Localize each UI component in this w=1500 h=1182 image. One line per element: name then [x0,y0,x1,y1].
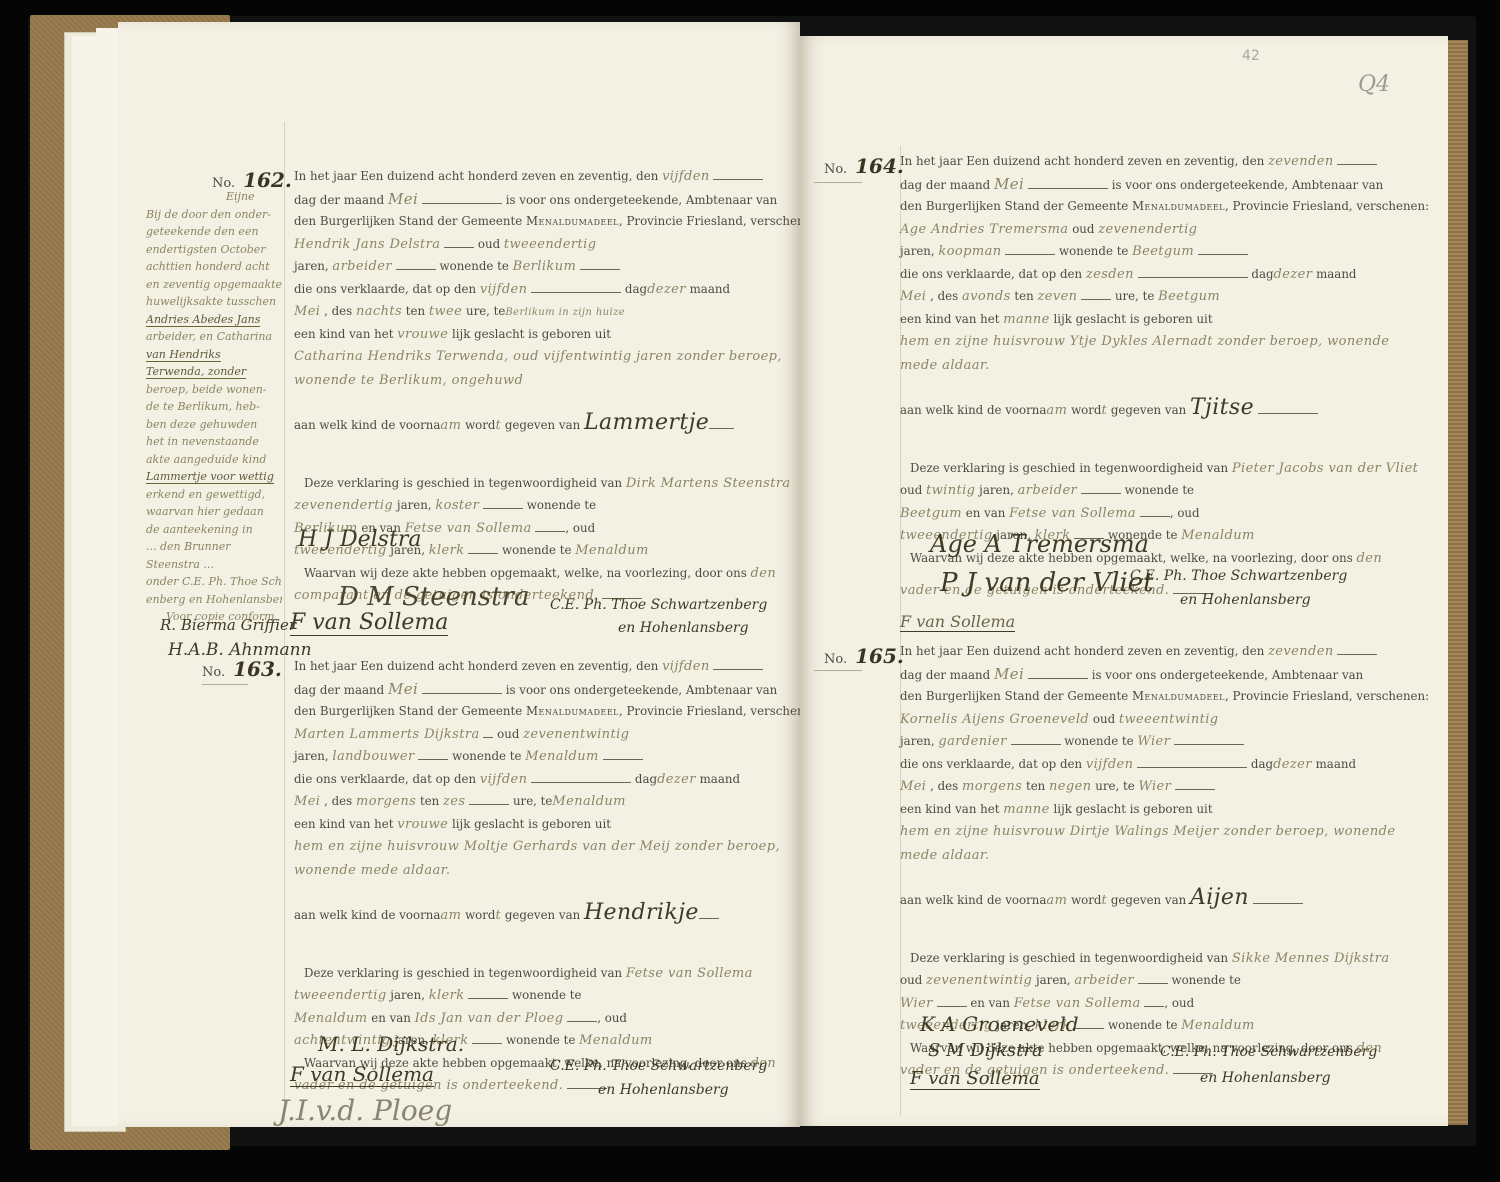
signature-declarant-162: H J Delstra [298,527,421,552]
cloth-binding-right [1448,40,1468,1125]
separator-rule [814,182,862,183]
signature-declarant-165: K A Groeneveld [920,1012,1079,1036]
folio-mark: Q4 [1358,72,1390,97]
entry-number-163: No.163. [202,657,282,681]
signature-witness2-165: F van Sollema [910,1068,1040,1090]
signature-witness1-164: P J van der Vliet [940,568,1154,598]
signature-official-164-b: en Hohenlansberg [1180,592,1311,608]
signature-declarant-163: M. L. Dijkstra. [318,1032,464,1056]
signature-witness2-164: F van Sollema [900,612,1015,632]
signature-official-163-b: en Hohenlansberg [598,1082,729,1098]
signature-official-162-b: en Hohenlansberg [618,620,749,636]
signature-witness2-163: J.I.v.d. Ploeg [278,1094,452,1127]
right-page: 42 Q4 No.164. In het jaar Een duizend ac… [800,36,1448,1126]
signature-official-164: C.E. Ph. Thoe Schwartzenberg [1130,568,1347,584]
page-number: 42 [1242,48,1260,64]
signature-witness1-162: D M Steenstra [338,582,530,612]
signature-witness1-165: S M Dijkstra [928,1040,1043,1061]
marginal-annotation-162: Eijne Bij de door den onder- geteekende … [146,188,282,626]
birth-entry-163: In het jaar Een duizend acht honderd zev… [294,655,794,1097]
entry-number-165: No.165. [824,644,904,668]
signature-official-162: C.E. Ph. Thoe Schwartzenberg [550,597,767,613]
signature-declarant-164: Age A Tremersma [930,530,1149,558]
signature-witness2-162: F van Sollema [290,610,448,636]
margin-signature-griffier: R. Bierma Griffier [160,616,296,634]
entry-number-164: No.164. [824,154,904,178]
signature-witness1-163: F van Sollema [290,1062,434,1087]
signature-official-165-b: en Hohenlansberg [1200,1070,1331,1086]
left-page: No.162. Eijne Bij de door den onder- get… [118,22,800,1127]
separator-rule [814,670,862,671]
signature-official-163: C.E. Ph. Thoe Schwartzenberg [550,1058,767,1074]
signature-official-165: C.E. Ph. Thoe Schwartzenberg [1160,1044,1377,1060]
separator-rule [202,684,248,685]
